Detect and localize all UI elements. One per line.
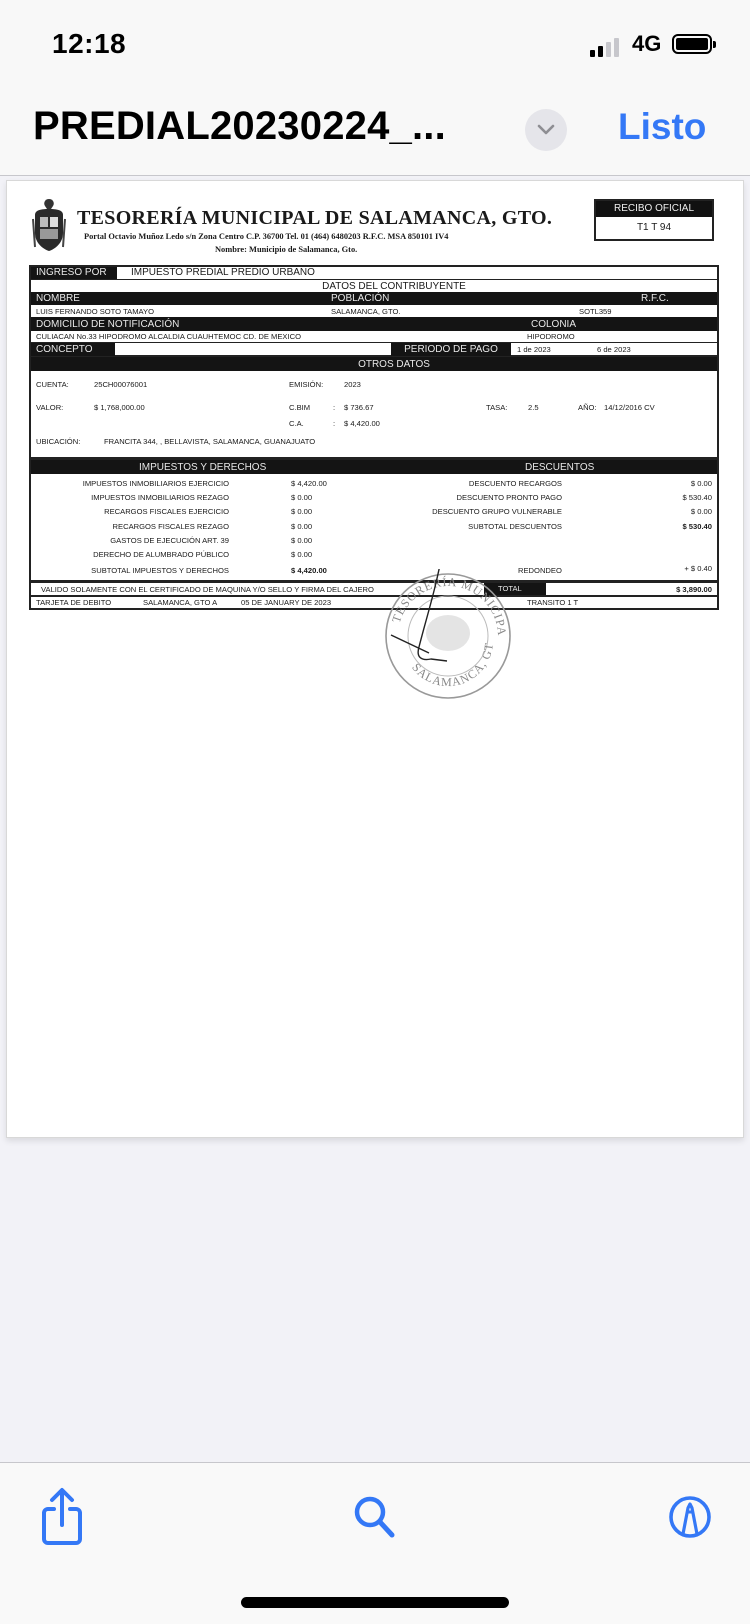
municipal-crest-icon [31, 197, 67, 255]
other-data-title: OTROS DATOS [358, 359, 430, 370]
emission-label: EMISIÓN: [289, 380, 323, 389]
year-value: 14/12/2016 CV [604, 403, 655, 412]
rfc-label: R.F.C. [641, 293, 669, 304]
address-label: DOMICILIO DE NOTIFICACIÓN [36, 319, 179, 330]
cbim-value: $ 736.67 [344, 403, 374, 412]
ca-value: $ 4,420.00 [344, 419, 380, 428]
cbim-label: C.BIM [289, 403, 310, 412]
rate-value: 2.5 [528, 403, 539, 412]
rounding-value: + $ 0.40 [684, 564, 712, 573]
tax-rows: IMPUESTOS INMOBILIARIOS EJERCICIO$ 4,420… [31, 474, 717, 580]
title-menu-button[interactable] [525, 109, 567, 151]
tax-item-value: $ 0.00 [291, 493, 312, 502]
issuer-name: TESORERÍA MUNICIPAL DE SALAMANCA, GTO. [77, 207, 552, 230]
receipt: TESORERÍA MUNICIPAL DE SALAMANCA, GTO. P… [29, 189, 719, 610]
tax-item-label: IMPUESTOS INMOBILIARIOS EJERCICIO [83, 479, 229, 488]
top-bar: 12:18 4G PREDIAL20230224_... Listo [0, 0, 750, 176]
share-button[interactable] [32, 1487, 92, 1547]
document-title[interactable]: PREDIAL20230224_... [33, 104, 446, 149]
search-button[interactable] [345, 1487, 405, 1547]
colonia-label: COLONIA [531, 319, 576, 330]
rate-label: TASA: [486, 403, 507, 412]
tax-item-label: IMPUESTOS INMOBILIARIOS REZAGO [91, 493, 229, 502]
name-label: NOMBRE [36, 293, 80, 304]
tax-item-label: DERECHO DE ALUMBRADO PÚBLICO [93, 550, 229, 559]
discount-item-label: DESCUENTO GRUPO VULNERABLE [432, 507, 562, 516]
official-receipt-box: RECIBO OFICIAL T1 T 94 [594, 199, 714, 241]
discount-item-value: $ 530.40 [682, 522, 712, 531]
discount-item-label: DESCUENTO RECARGOS [469, 479, 562, 488]
taxes-section: IMPUESTOS Y DERECHOS DESCUENTOS IMPUESTO… [29, 459, 719, 582]
discount-item-value: $ 0.00 [691, 507, 712, 516]
markup-button[interactable] [660, 1487, 720, 1547]
markup-icon [667, 1494, 713, 1540]
official-receipt-number: T1 T 94 [596, 217, 712, 239]
payment-date: 05 DE JANUARY DE 2023 [241, 598, 331, 607]
validity-note: VALIDO SOLAMENTE CON EL CERTIFICADO DE M… [41, 585, 374, 594]
home-indicator[interactable] [241, 1597, 509, 1608]
search-icon [352, 1494, 398, 1540]
status-time: 12:18 [52, 28, 126, 60]
payment-period-to: 6 de 2023 [597, 345, 631, 354]
cellular-signal-icon [590, 38, 619, 57]
income-value: IMPUESTO PREDIAL PREDIO URBANO [117, 267, 315, 279]
tax-item-value: $ 4,420.00 [291, 566, 327, 575]
colonia-value: HIPODROMO [527, 332, 575, 341]
tax-item-value: $ 0.00 [291, 507, 312, 516]
account-number: 25CH00076001 [94, 380, 147, 389]
done-button[interactable]: Listo [618, 106, 706, 148]
other-data-section: OTROS DATOS CUENTA: 25CH00076001 EMISIÓN… [29, 357, 719, 459]
year-label: AÑO: [578, 403, 597, 412]
battery-icon [672, 34, 712, 54]
tax-item-value: $ 0.00 [291, 550, 312, 559]
taxes-title: IMPUESTOS Y DERECHOS [139, 462, 266, 473]
chevron-down-icon [537, 124, 555, 136]
taxpayer-name: LUIS FERNANDO SOTO TAMAYO [36, 307, 154, 316]
discount-item-value: $ 530.40 [682, 493, 712, 502]
tax-item-value: $ 0.00 [291, 536, 312, 545]
discounts-title: DESCUENTOS [525, 462, 594, 473]
population-label: POBLACIÓN [331, 293, 389, 304]
tax-item-value: $ 4,420.00 [291, 479, 327, 488]
issuer-legal-name: Nombre: Municipio de Salamanca, Gto. [215, 245, 357, 254]
payment-place: SALAMANCA, GTO A [143, 598, 217, 607]
validity-row: VALIDO SOLAMENTE CON EL CERTIFICADO DE M… [29, 582, 719, 597]
discount-item-label: SUBTOTAL DESCUENTOS [468, 522, 562, 531]
taxpayer-section-title: DATOS DEL CONTRIBUYENTE [322, 281, 466, 292]
rounding-label: REDONDEO [518, 566, 562, 575]
tax-item-label: RECARGOS FISCALES REZAGO [113, 522, 229, 531]
account-label: CUENTA: [36, 380, 69, 389]
receipt-header: TESORERÍA MUNICIPAL DE SALAMANCA, GTO. P… [29, 189, 719, 265]
payment-period-from: 1 de 2023 [511, 345, 597, 354]
network-type: 4G [632, 31, 661, 57]
taxpayer-population: SALAMANCA, GTO. [331, 307, 401, 316]
tax-item-label: RECARGOS FISCALES EJERCICIO [104, 507, 229, 516]
payment-method: TARJETA DE DEBITO [36, 598, 111, 607]
value-label: VALOR: [36, 403, 63, 412]
document-page: TESORERÍA MUNICIPAL DE SALAMANCA, GTO. P… [6, 180, 744, 1138]
transit-code: TRANSITO 1 T [527, 598, 578, 607]
ca-label: C.A. [289, 419, 304, 428]
location-label: UBICACIÓN: [36, 437, 80, 446]
discount-item-value: $ 0.00 [691, 479, 712, 488]
income-label: INGRESO POR [31, 267, 117, 279]
share-icon [38, 1487, 86, 1547]
tax-item-label: SUBTOTAL IMPUESTOS Y DERECHOS [91, 566, 229, 575]
payment-period-label: PERIODO DE PAGO [391, 343, 511, 356]
emission-year: 2023 [344, 380, 361, 389]
issuer-address: Portal Octavio Muñoz Ledo s/n Zona Centr… [84, 232, 448, 241]
total-label: TOTAL [484, 583, 546, 595]
property-value: $ 1,768,000.00 [94, 403, 145, 412]
tax-item-value: $ 0.00 [291, 522, 312, 531]
tax-item-label: GASTOS DE EJECUCIÓN ART. 39 [110, 536, 229, 545]
official-receipt-label: RECIBO OFICIAL [596, 201, 712, 217]
discount-item-label: DESCUENTO PRONTO PAGO [457, 493, 563, 502]
property-location: FRANCITA 344, , BELLAVISTA, SALAMANCA, G… [104, 437, 315, 446]
concept-label: CONCEPTO [31, 343, 115, 356]
payment-footer: TARJETA DE DEBITO SALAMANCA, GTO A 05 DE… [29, 597, 719, 610]
taxpayer-rfc: SOTL359 [579, 307, 612, 316]
notification-address: CULIACAN No.33 HIPODROMO ALCALDIA CUAUHT… [36, 332, 301, 341]
total-value: $ 3,890.00 [676, 585, 712, 594]
taxpayer-section: INGRESO POR IMPUESTO PREDIAL PREDIO URBA… [29, 265, 719, 357]
